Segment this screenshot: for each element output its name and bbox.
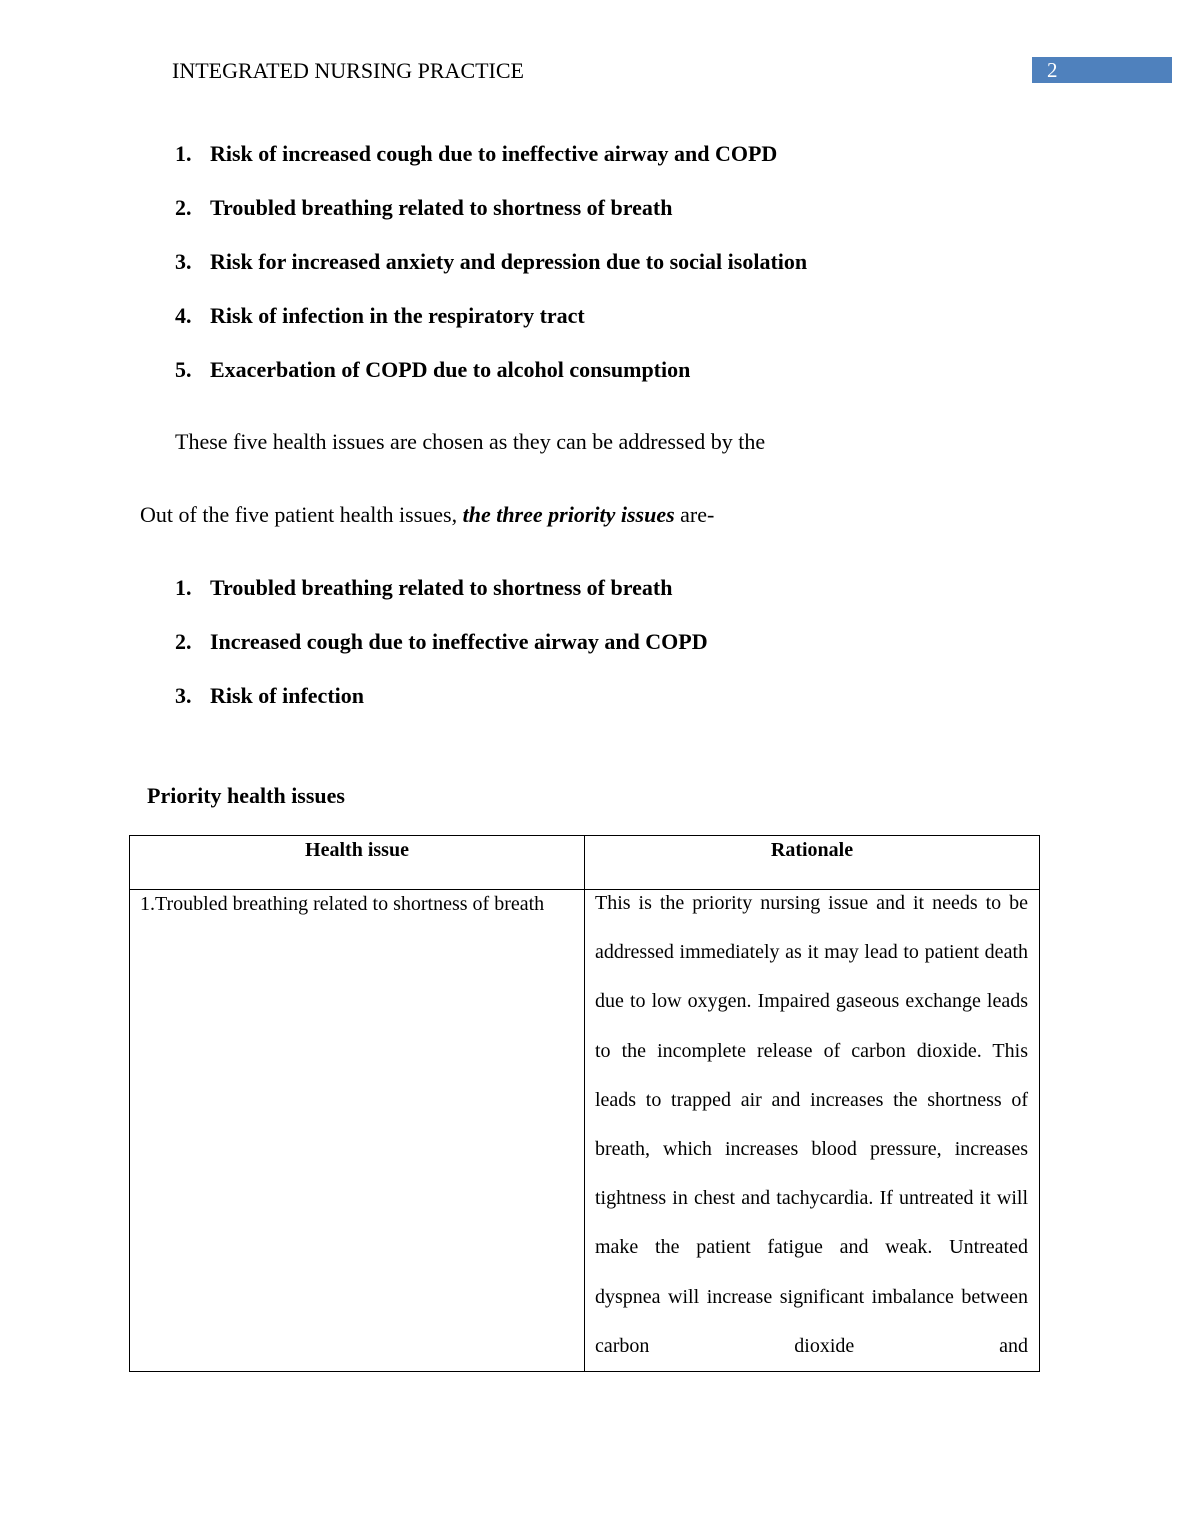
list-number: 3.	[175, 682, 192, 710]
paragraph-priority-intro: Out of the five patient health issues, t…	[140, 501, 714, 529]
list-text: Risk for increased anxiety and depressio…	[210, 248, 807, 276]
list-text: Risk of infection in the respiratory tra…	[210, 302, 585, 330]
list-number: 5.	[175, 356, 192, 384]
list-number: 4.	[175, 302, 192, 330]
page-number-badge: 2	[1032, 57, 1172, 83]
list-number: 3.	[175, 248, 192, 276]
emphasis-text: the three priority issues	[463, 502, 675, 527]
list-text: Risk of infection	[210, 682, 364, 710]
table-row: 1.Troubled breathing related to shortnes…	[130, 890, 1040, 1372]
list-number: 1.	[175, 574, 192, 602]
list-text: Troubled breathing related to shortness …	[210, 194, 672, 222]
running-header-title: INTEGRATED NURSING PRACTICE	[172, 57, 524, 85]
table-header-row: Health issue Rationale	[130, 836, 1040, 890]
list-text: Increased cough due to ineffective airwa…	[210, 628, 708, 656]
list-number: 1.	[175, 140, 192, 168]
paragraph-chosen-issues: These five health issues are chosen as t…	[175, 428, 765, 456]
paragraph-text: Out of the five patient health issues,	[140, 502, 463, 527]
rationale-cell: This is the priority nursing issue and i…	[585, 890, 1040, 1372]
column-header-health-issue: Health issue	[130, 836, 585, 890]
section-heading: Priority health issues	[147, 782, 345, 810]
list-text: Exacerbation of COPD due to alcohol cons…	[210, 356, 690, 384]
list-number: 2.	[175, 194, 192, 222]
list-number: 2.	[175, 628, 192, 656]
priority-issues-table: Health issue Rationale 1.Troubled breath…	[129, 835, 1040, 1372]
health-issue-cell: 1.Troubled breathing related to shortnes…	[130, 890, 585, 1372]
list-text: Risk of increased cough due to ineffecti…	[210, 140, 777, 168]
column-header-rationale: Rationale	[585, 836, 1040, 890]
list-text: Troubled breathing related to shortness …	[210, 574, 672, 602]
rationale-text: This is the priority nursing issue and i…	[595, 890, 1028, 1372]
paragraph-text: are-	[675, 502, 715, 527]
